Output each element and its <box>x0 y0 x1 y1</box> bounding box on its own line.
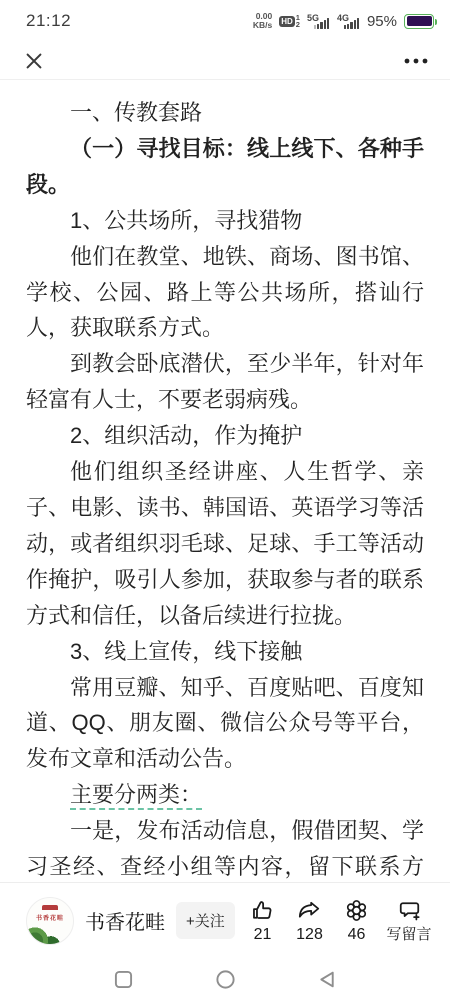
clock: 21:12 <box>26 11 71 31</box>
home-circle-icon <box>215 969 236 990</box>
volte-hd-icon: HD 1 2 <box>279 14 300 28</box>
more-icon <box>403 57 429 65</box>
signal-4g-icon: 4G <box>337 13 360 30</box>
article-paragraph: 2、组织活动，作为掩护 <box>26 418 424 454</box>
article-paragraph-heading: （一）寻找目标：线上线下、各种手段。 <box>26 131 424 203</box>
share-count: 128 <box>296 926 323 944</box>
wow-flower-icon <box>344 898 369 923</box>
close-button[interactable] <box>20 47 48 75</box>
sim-numbers: 1 2 <box>296 14 300 28</box>
follow-button[interactable]: +关注 <box>176 902 235 939</box>
home-button[interactable] <box>213 967 237 991</box>
recents-button[interactable] <box>111 967 135 991</box>
battery-percent: 95% <box>367 13 397 30</box>
comment-label: 写留言 <box>386 926 431 944</box>
share-arrow-icon <box>297 898 322 923</box>
recents-square-icon <box>114 970 133 989</box>
article-footer-bar: 书香花畦 书香花畦 +关注 21 128 <box>0 882 450 958</box>
like-button[interactable]: 21 <box>239 898 286 944</box>
system-nav-bar <box>0 958 450 1000</box>
avatar-emblem <box>42 905 58 910</box>
action-buttons: 21 128 46 <box>239 898 438 944</box>
like-count: 21 <box>254 926 272 944</box>
status-indicators: 0.00 KB/s HD 1 2 5G 4G <box>253 12 434 30</box>
author-name[interactable]: 书香花畦 <box>85 906 165 935</box>
network-speed-unit: KB/s <box>253 21 272 30</box>
app-nav-bar <box>0 42 450 80</box>
more-menu-button[interactable] <box>402 47 430 75</box>
signal-5g-icon: 5G <box>307 13 330 30</box>
back-button[interactable] <box>315 967 339 991</box>
status-bar: 21:12 0.00 KB/s HD 1 2 5G 4G <box>0 0 450 42</box>
avatar-plant-art <box>26 926 63 945</box>
wow-count: 46 <box>348 926 366 944</box>
author-info: 书香花畦 书香花畦 +关注 <box>26 897 235 945</box>
article-paragraph: 他们组织圣经讲座、人生哲学、亲子、电影、读书、韩国语、英语学习等活动，或者组织羽… <box>26 454 424 634</box>
network-speed-indicator: 0.00 KB/s <box>253 12 272 30</box>
article-paragraph: 一、传教套路 <box>26 95 424 131</box>
comment-bubble-icon <box>397 898 422 923</box>
close-icon <box>23 50 45 72</box>
article-paragraph: 主要分两类： <box>26 777 424 813</box>
author-avatar[interactable]: 书香花畦 <box>26 897 74 945</box>
article-paragraph: 常用豆瓣、知乎、百度贴吧、百度知道、QQ、朋友圈、微信公众号等平台，发布文章和活… <box>26 670 424 778</box>
battery-icon <box>404 14 434 29</box>
phone-screen: 21:12 0.00 KB/s HD 1 2 5G 4G <box>0 0 450 1000</box>
comment-button[interactable]: 写留言 <box>380 898 438 944</box>
wow-button[interactable]: 46 <box>333 898 380 944</box>
article-paragraph: 1、公共场所，寻找猎物 <box>26 203 424 239</box>
highlighted-phrase[interactable]: 主要分两类： <box>70 782 202 810</box>
share-button[interactable]: 128 <box>286 898 333 944</box>
article-paragraph: 到教会卧底潜伏，至少半年，针对年轻富有人士，不要老弱病残。 <box>26 346 424 418</box>
article-paragraph: 他们在教堂、地铁、商场、图书馆、学校、公园、路上等公共场所，搭讪行人，获取联系方… <box>26 239 424 347</box>
thumbs-up-icon <box>250 898 275 923</box>
article-body: 一、传教套路 （一）寻找目标：线上线下、各种手段。 1、公共场所，寻找猎物 他们… <box>0 80 450 921</box>
article-paragraph: 3、线上宣传，线下接触 <box>26 634 424 670</box>
back-triangle-icon <box>318 970 337 989</box>
